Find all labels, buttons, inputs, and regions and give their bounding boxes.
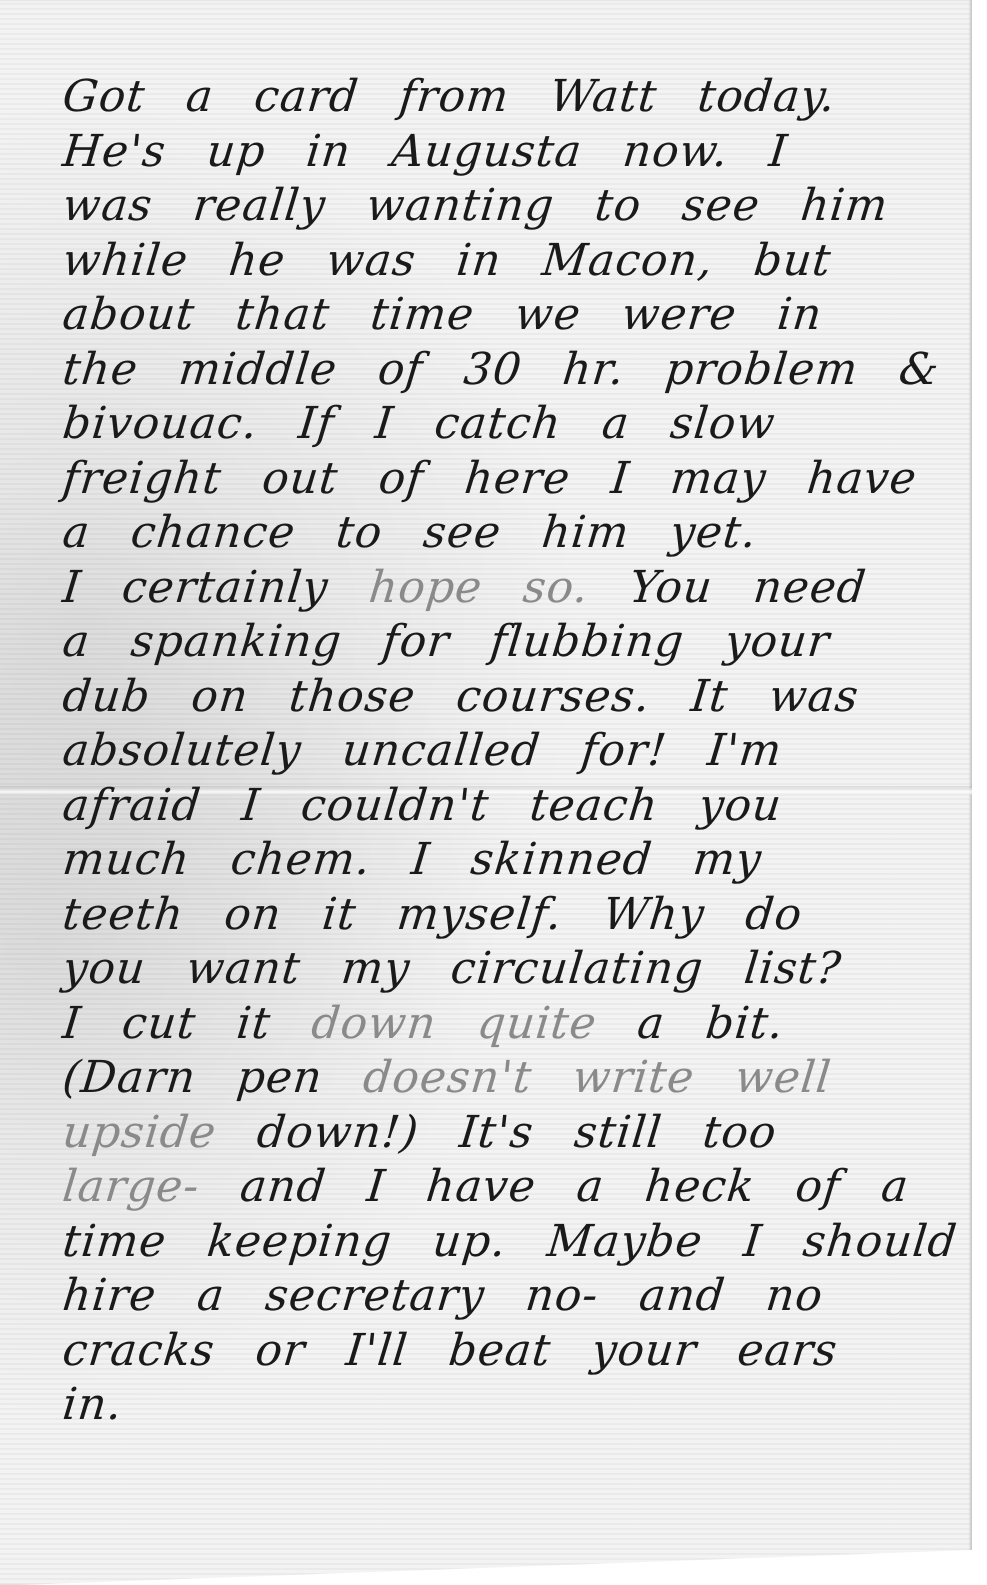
letter-line: (Darn pen doesn't write well (60, 1051, 946, 1106)
letter-line: teeth on it myself. Why do (60, 888, 946, 943)
letter-line: about that time we were in (60, 288, 946, 343)
letter-line: a chance to see him yet. (60, 506, 946, 561)
line-text: bivouac. If I catch a slow (60, 398, 778, 449)
line-text: afraid I couldn't teach you (60, 780, 784, 831)
line-text: a chance to see him yet. (60, 507, 759, 558)
line-text: while he was in Macon, but (60, 235, 834, 286)
letter-line: bivouac. If I catch a slow (60, 397, 946, 452)
line-text-continued: and I have a heck of a (238, 1161, 912, 1212)
letter-line: a spanking for flubbing your (60, 615, 946, 670)
line-text: in. (60, 1379, 125, 1430)
line-text: you want my circulating list? (60, 943, 844, 994)
letter-line: Got a card from Watt today. (60, 70, 946, 125)
letter-line: afraid I couldn't teach you (60, 779, 946, 834)
line-text: Got a card from Watt today. (60, 71, 838, 122)
letter-line: I certainly hope so. You need (60, 561, 946, 616)
line-text: absolutely uncalled for! I'm (60, 725, 784, 776)
line-text-continued: a bit. (635, 998, 786, 1049)
letter-line: upside down!) It's still too (60, 1106, 946, 1161)
letter-body: Got a card from Watt today.He's up in Au… (60, 70, 940, 1433)
faded-ink-text: doesn't write well (361, 1052, 834, 1103)
line-text: teeth on it myself. Why do (60, 889, 805, 940)
line-text-continued: You need (627, 562, 869, 613)
line-text: (Darn pen (60, 1052, 325, 1103)
letter-line: I cut it down quite a bit. (60, 997, 946, 1052)
line-text: cracks or I'll beat your ears (60, 1325, 840, 1376)
letter-line: absolutely uncalled for! I'm (60, 724, 946, 779)
letter-line: the middle of 30 hr. problem & (60, 343, 946, 398)
faded-ink-text: hope so. (367, 562, 592, 613)
line-text: the middle of 30 hr. problem & (60, 344, 942, 395)
faded-ink-text: down quite (309, 998, 599, 1049)
letter-line: was really wanting to see him (60, 179, 946, 234)
letter-line: much chem. I skinned my (60, 833, 946, 888)
line-text: dub on those courses. It was (60, 671, 861, 722)
line-text: was really wanting to see him (60, 180, 891, 231)
line-text: about that time we were in (60, 289, 825, 340)
line-text: I cut it (60, 998, 273, 1049)
paper-edge (970, 0, 973, 1550)
letter-line: freight out of here I may have (60, 452, 946, 507)
line-text: I certainly (60, 562, 331, 613)
faded-ink-text: upside (60, 1107, 219, 1158)
line-text: time keeping up. Maybe I should (60, 1216, 960, 1267)
letter-line: dub on those courses. It was (60, 670, 946, 725)
line-text: He's up in Augusta now. I (60, 126, 790, 177)
line-text: much chem. I skinned my (60, 834, 764, 885)
letter-line: time keeping up. Maybe I should (60, 1215, 946, 1270)
letter-line: large- and I have a heck of a (60, 1160, 946, 1215)
faded-ink-text: large- (60, 1161, 202, 1212)
line-text-continued: down!) It's still too (255, 1107, 780, 1158)
letter-line: you want my circulating list? (60, 942, 946, 997)
letter-line: He's up in Augusta now. I (60, 125, 946, 180)
letter-line: cracks or I'll beat your ears (60, 1324, 946, 1379)
letter-paper: Got a card from Watt today.He's up in Au… (0, 0, 972, 1585)
letter-line: while he was in Macon, but (60, 234, 946, 289)
line-text: freight out of here I may have (60, 453, 919, 504)
line-text: a spanking for flubbing your (60, 616, 832, 667)
line-text: hire a secretary no- and no (60, 1270, 825, 1321)
letter-line: hire a secretary no- and no (60, 1269, 946, 1324)
letter-line: in. (60, 1378, 946, 1433)
